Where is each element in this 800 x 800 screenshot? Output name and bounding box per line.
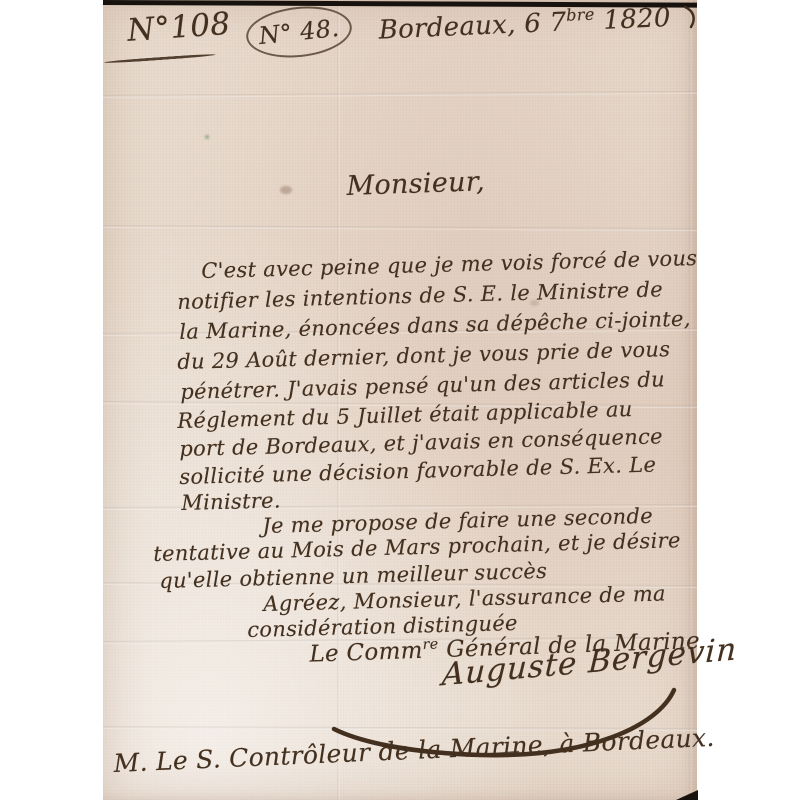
paper-crease <box>103 91 697 98</box>
paper-stain <box>280 186 292 194</box>
paper-stain <box>205 135 209 139</box>
corner-pen-mark <box>682 5 698 33</box>
signatory-title-superscript: re <box>422 636 438 653</box>
registry-number-left: N°108 <box>126 6 232 49</box>
paper-crease <box>337 0 340 800</box>
signatory-title-text: Le Comm <box>309 638 423 668</box>
salutation: Monsieur, <box>346 166 485 202</box>
dateline-superscript: bre <box>566 5 595 25</box>
scan-edge-corner <box>676 790 698 800</box>
body-line: Ministre. <box>181 488 281 515</box>
letter-photo: N°108 N° 48. Bordeaux, 6 7bre 1820 Monsi… <box>0 0 800 800</box>
dateline-year: 1820 <box>594 3 671 36</box>
registry-number-circled: N° 48. <box>257 14 340 50</box>
paper-crease <box>103 225 697 231</box>
paper-crease <box>689 0 692 800</box>
